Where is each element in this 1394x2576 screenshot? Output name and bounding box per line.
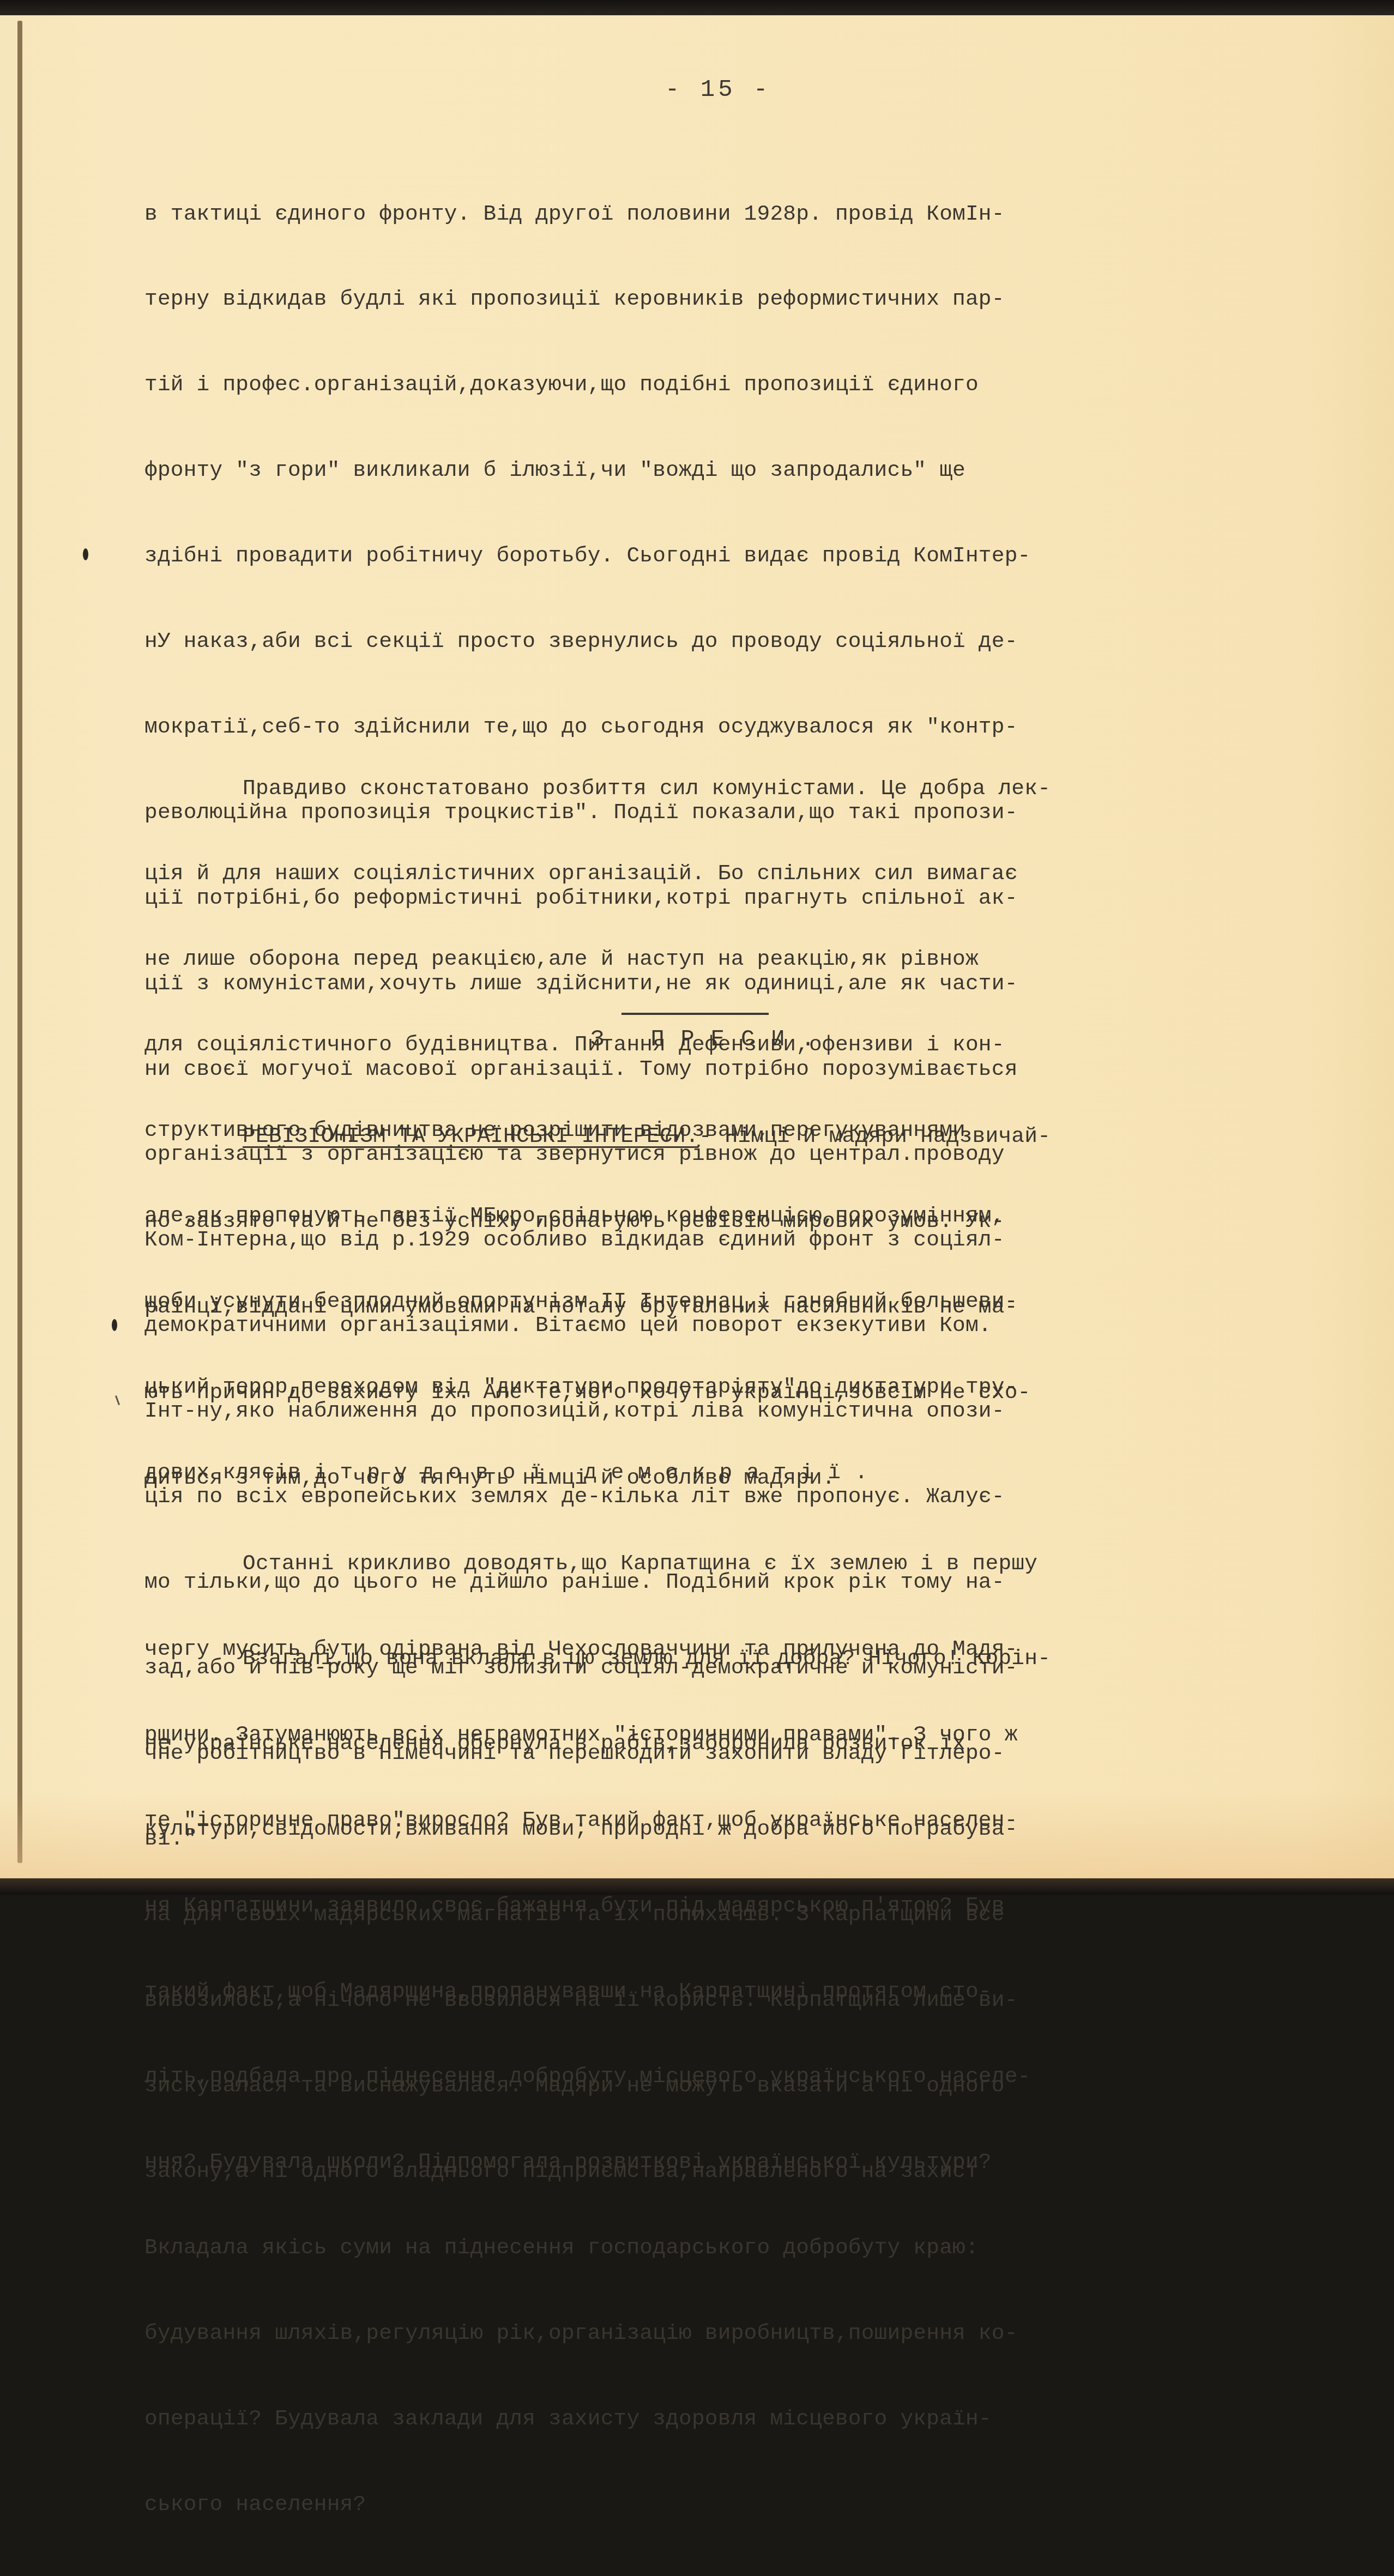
text-line: не українське населення обернула в рабів… [144,1730,1322,1758]
scanned-page-frame: - 15 - в тактиці єдиного фронту. Від дру… [0,0,1394,1895]
text-line: раїнці,віддані цими умовами на поталу бр… [144,1293,1322,1321]
text-line: фронту "з гори" викликали б ілюзії,чи "в… [144,456,1322,485]
text-line: Взагалі,що вона вклала в цю землю для її… [144,1644,1322,1673]
text-line: нУ наказ,аби всі секції просто звернулис… [144,627,1322,656]
scan-top-edge [0,0,1394,15]
margin-dot-mark [112,1319,117,1331]
margin-dot-mark [83,548,88,560]
text-line: здібні провадити робітничу боротьбу. Сьо… [144,542,1322,570]
binding-edge [17,21,22,1863]
text-line: Останні крикливо доводять,що Карпатщина … [144,1550,1322,1578]
text-line: не лише оборона перед реакцією,але й нас… [144,945,1322,973]
text-line: ють причин до захисту їх. Але те,чого хо… [144,1378,1322,1407]
page-number: - 15 - [665,76,771,104]
section-divider [621,1013,769,1015]
text-line: ція й для наших соціялістичних організац… [144,860,1322,888]
section-title: З ПРЕСИ. [590,1026,831,1053]
text-line: в тактиці єдиного фронту. Від другої пол… [144,200,1322,228]
text-line: Правдиво сконстатовано розбиття сил кому… [144,775,1322,803]
text-line: терну відкидав будлі які пропозиції керо… [144,285,1322,313]
text-line: но завзято та й не без успіху пропагують… [144,1207,1322,1236]
text-line: тій і профес.організацій,доказуючи,що по… [144,371,1322,399]
text-line: РЕВІЗІОНІЗМ ТА УКРАЇНСЬКІ ІНТЕРЕСИ.- Нім… [144,1122,1322,1151]
text-line: диться з тим,до чого тягнуть німці й осо… [144,1464,1322,1492]
text-line: культури,свідомости;вживання мови; приро… [144,1815,1322,1843]
text-fragment: - Німці й мадяри надзвичай- [699,1124,1051,1148]
paragraph-carpathia: Взагалі,що вона вклала в цю землю для її… [144,1587,1322,1895]
article-heading: РЕВІЗІОНІЗМ ТА УКРАЇНСЬКІ ІНТЕРЕСИ. [243,1124,699,1148]
